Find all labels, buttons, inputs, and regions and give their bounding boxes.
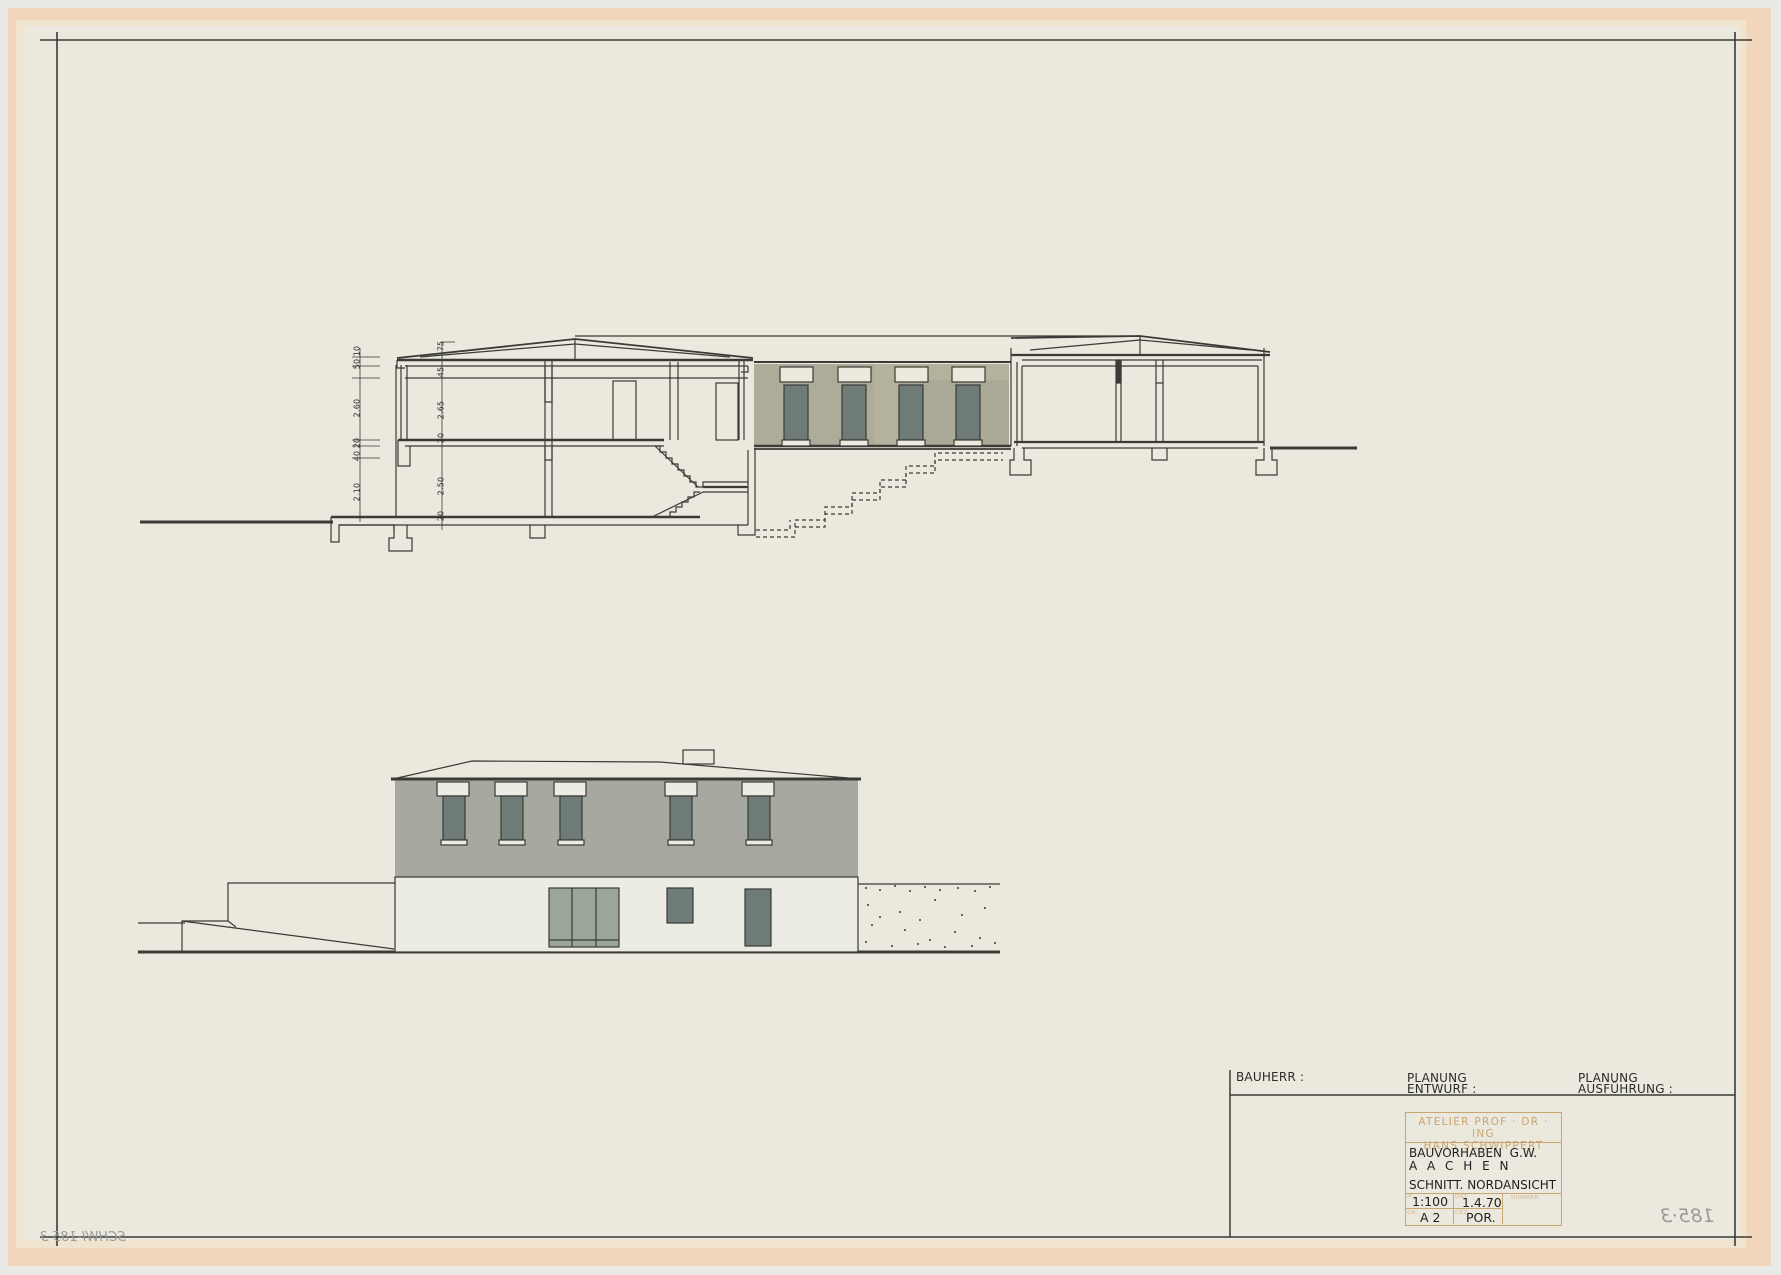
section-drawing (140, 336, 1357, 551)
dim-45: 45 (435, 367, 447, 378)
stamp-cell-date: DAT 1.4.70 (1454, 1194, 1503, 1209)
stamp-cell-drawn-by: GEZ POR. (1454, 1209, 1503, 1224)
frame-border (40, 32, 1752, 1246)
size-value: A 2 (1420, 1211, 1440, 1224)
stamp-grid: M 1:100 DAT 1.4.70 NUMMER GR. A 2 GEZ PO… (1406, 1193, 1561, 1226)
stamp-atelier-line-1: ATELIER PROF · DR · ING (1406, 1116, 1561, 1140)
stamp-cell-number: NUMMER (1503, 1194, 1561, 1209)
dim-75: 75 (435, 341, 447, 352)
dim-2-50: 2.50 (435, 477, 447, 496)
dim-2-60: 2.60 (351, 399, 363, 418)
dim-50: 50 (351, 359, 363, 370)
dim-20: 20 (351, 438, 363, 449)
dim-20-lower: 20 (435, 511, 447, 522)
pencil-number-right: 185·3 (1660, 1205, 1714, 1227)
bauherr-label: BAUHERR : (1236, 1071, 1304, 1083)
scale-value: 1:100 (1412, 1195, 1448, 1208)
stamp-cell-scale: M 1:100 (1406, 1194, 1454, 1209)
size-label: GR. (1407, 1210, 1418, 1216)
pencil-number-left: SCHWI-185 3 (40, 1230, 126, 1245)
elevation-drawing (138, 750, 1000, 952)
atelier-stamp: ATELIER PROF · DR · ING HANS SCHWIPPERT … (1405, 1112, 1562, 1226)
date-value: 1.4.70 (1462, 1196, 1502, 1209)
dim-2-65: 2.65 (435, 401, 447, 420)
dim-2-10: 2.10 (351, 483, 363, 502)
dim-10: 10 (351, 346, 363, 357)
planung-ausfuehrung-label-2: AUSFÜHRUNG : (1578, 1083, 1673, 1095)
stamp-cell-size: GR. A 2 (1406, 1209, 1454, 1224)
dim-40: 40 (351, 451, 363, 462)
drawing-canvas (0, 0, 1781, 1275)
outdoor-stair-dashed (756, 453, 1003, 537)
planung-entwurf-label-2: ENTWURF : (1407, 1083, 1476, 1095)
stamp-drawing-title: SCHNITT. NORDANSICHT (1409, 1179, 1556, 1192)
drawn-by-value: POR. (1466, 1211, 1496, 1224)
stipple-planting (865, 885, 996, 948)
stamp-header: ATELIER PROF · DR · ING HANS SCHWIPPERT (1406, 1113, 1561, 1143)
dim-20-upper: 20 (435, 433, 447, 444)
number-label: NUMMER (1511, 1195, 1539, 1201)
stamp-project-line-2: A A C H E N (1409, 1160, 1511, 1173)
